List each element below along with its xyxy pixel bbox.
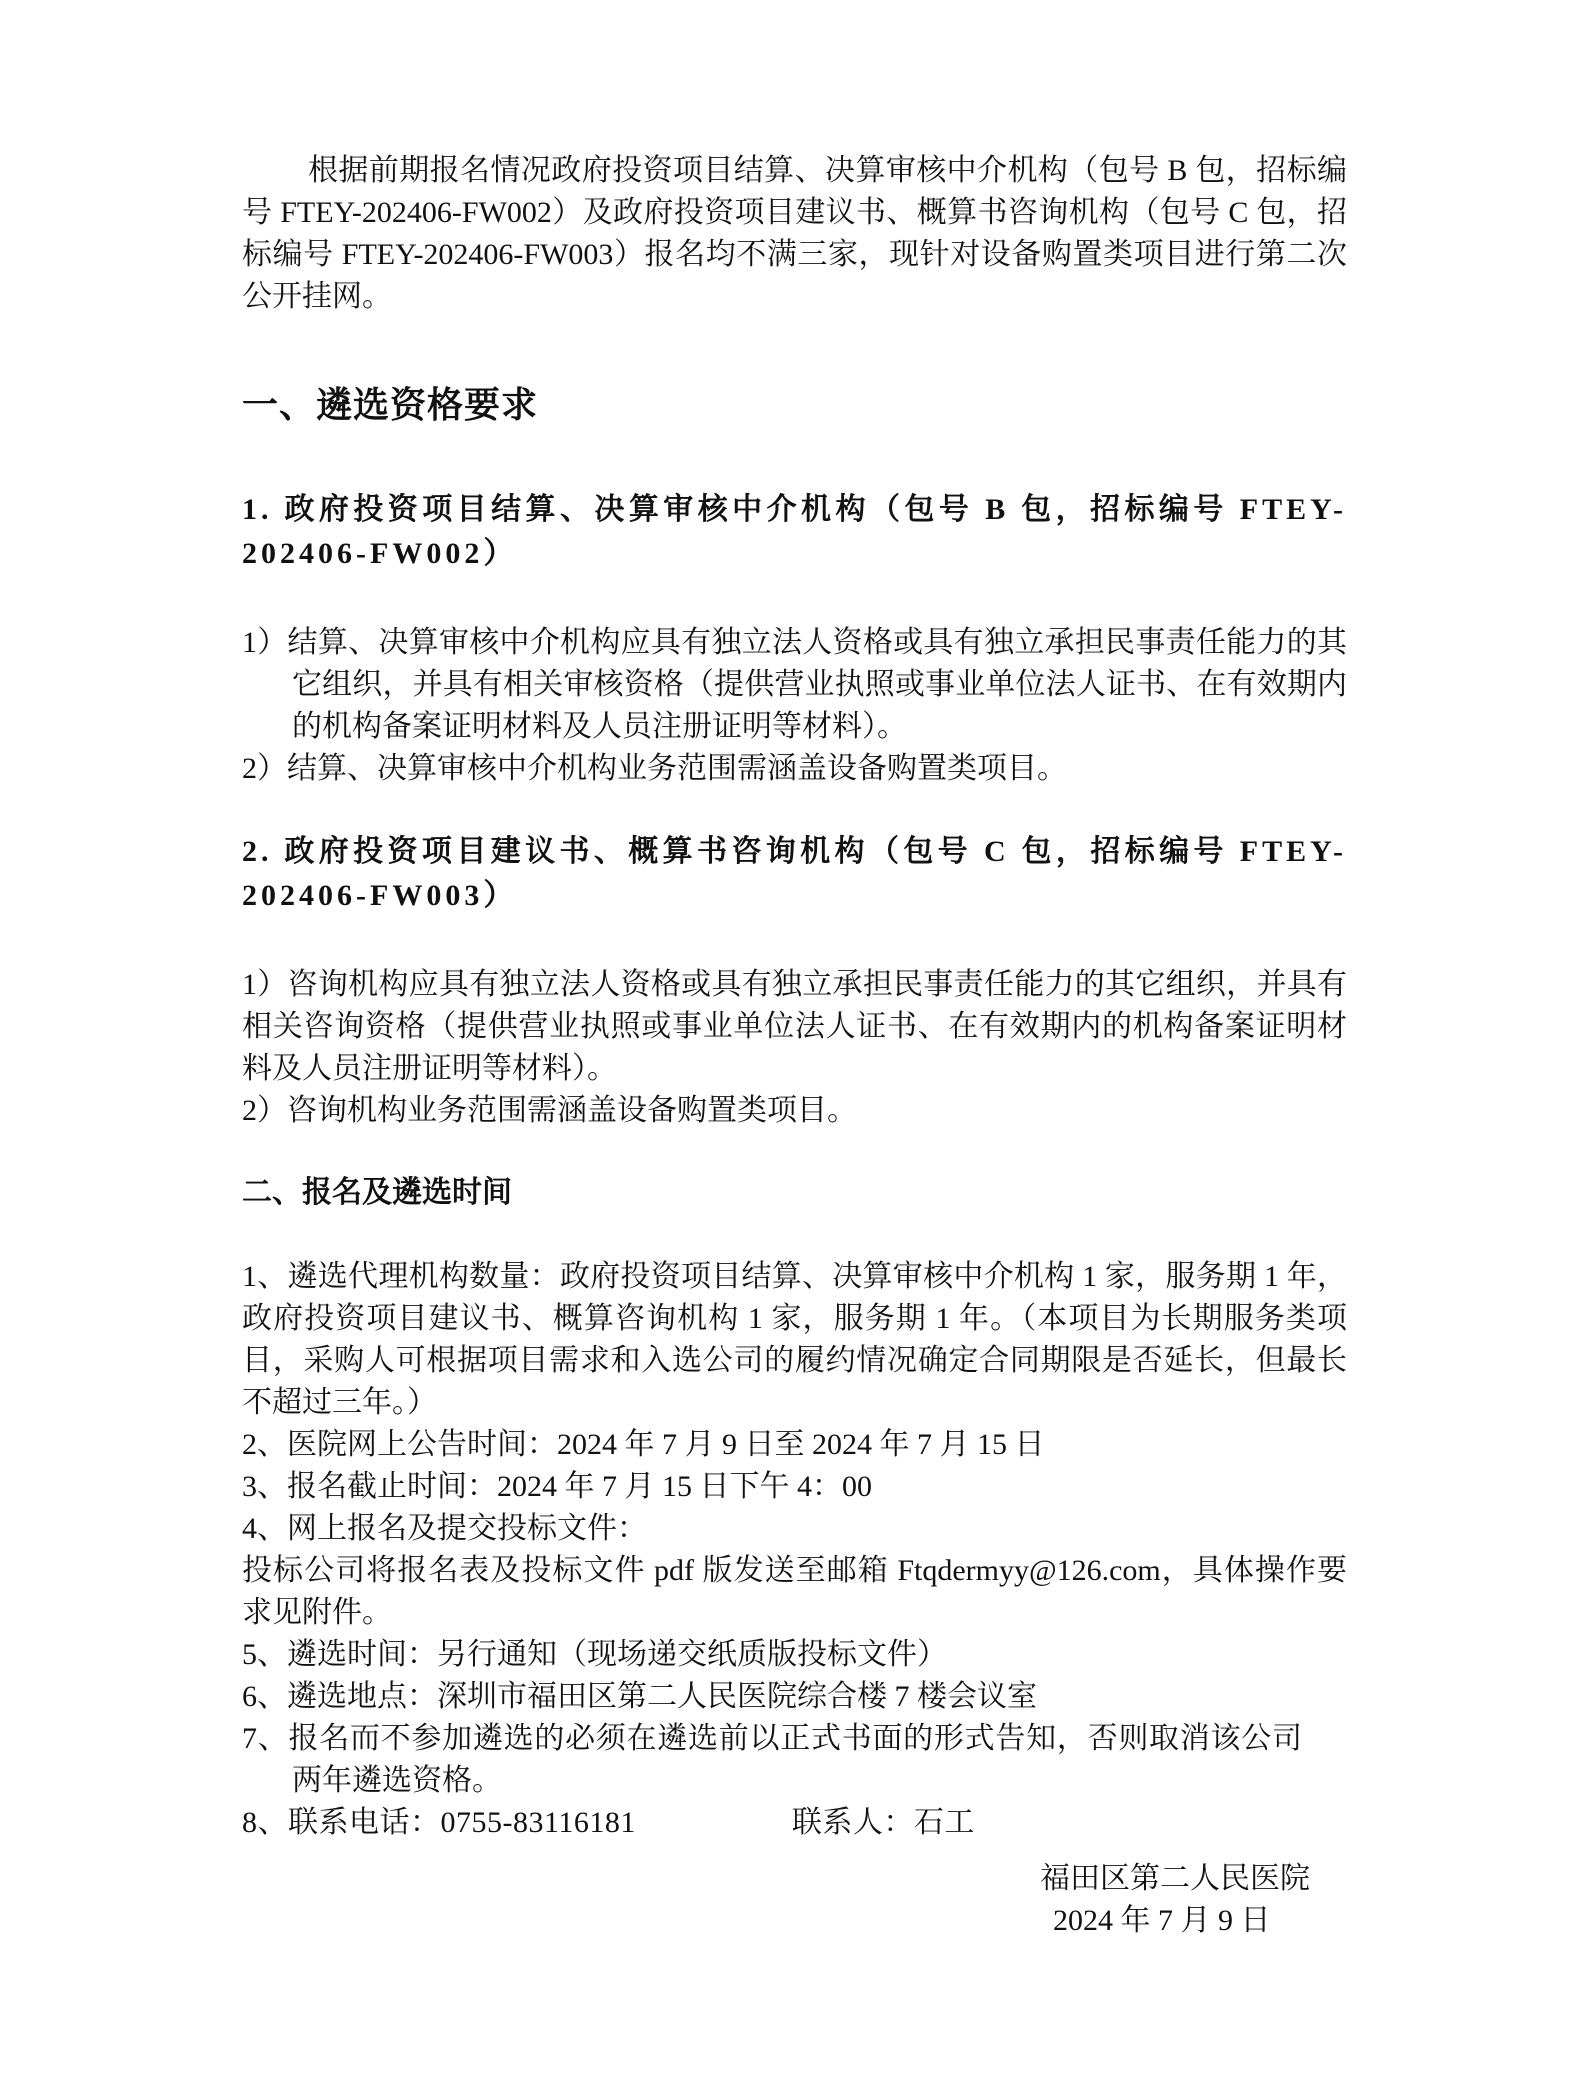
list-item: 2、医院网上公告时间：2024 年 7 月 9 日至 2024 年 7 月 15… [242, 1424, 1347, 1466]
list-item: 4、网上报名及提交投标文件： [242, 1508, 1347, 1550]
subsection-2-list: 1）咨询机构应具有独立法人资格或具有独立承担民事责任能力的其它组织，并具有相关咨… [242, 964, 1347, 1132]
list-item: 1）咨询机构应具有独立法人资格或具有独立承担民事责任能力的其它组织，并具有相关咨… [242, 964, 1347, 1090]
list-item: 投标公司将报名表及投标文件 pdf 版发送至邮箱 Ftqdermyy@126.c… [242, 1550, 1347, 1634]
list-item: 1）结算、决算审核中介机构应具有独立法人资格或具有独立承担民事责任能力的其它组织… [242, 622, 1347, 748]
section-2-list: 1、遴选代理机构数量：政府投资项目结算、决算审核中介机构 1 家，服务期 1 年… [242, 1256, 1347, 1844]
section-2-title: 二、报名及遴选时间 [242, 1172, 1347, 1214]
section-1-title: 一、遴选资格要求 [242, 380, 1347, 430]
subsection-1-list: 1）结算、决算审核中介机构应具有独立法人资格或具有独立承担民事责任能力的其它组织… [242, 622, 1347, 790]
list-item: 5、遴选时间：另行通知（现场递交纸质版投标文件） [242, 1634, 1347, 1676]
list-item: 1、遴选代理机构数量：政府投资项目结算、决算审核中介机构 1 家，服务期 1 年… [242, 1256, 1347, 1424]
intro-paragraph: 根据前期报名情况政府投资项目结算、决算审核中介机构（包号 B 包，招标编号 FT… [242, 150, 1347, 318]
list-item: 6、遴选地点：深圳市福田区第二人民医院综合楼 7 楼会议室 [242, 1676, 1347, 1718]
list-item: 3、报名截止时间：2024 年 7 月 15 日下午 4：00 [242, 1466, 1347, 1508]
contact-phone: 8、联系电话：0755-83116181 [242, 1806, 636, 1839]
list-item: 2）结算、决算审核中介机构业务范围需涵盖设备购置类项目。 [242, 748, 1347, 790]
signature-date: 2024 年 7 月 9 日 [1053, 1900, 1271, 1942]
signature-org: 福田区第二人民医院 [1040, 1858, 1310, 1900]
contact-person: 联系人：石工 [792, 1806, 975, 1839]
subsection-2-title: 2. 政府投资项目建议书、概算书咨询机构（包号 C 包，招标编号 FTEY-20… [242, 830, 1347, 918]
document-page: 根据前期报名情况政府投资项目结算、决算审核中介机构（包号 B 包，招标编号 FT… [242, 150, 1347, 1844]
contact-row: 8、联系电话：0755-83116181 联系人：石工 [242, 1802, 1347, 1844]
list-item: 2）咨询机构业务范围需涵盖设备购置类项目。 [242, 1090, 1347, 1132]
list-item: 7、报名而不参加遴选的必须在遴选前以正式书面的形式告知，否则取消该公司两年遴选资… [242, 1718, 1302, 1802]
subsection-1-title: 1. 政府投资项目结算、决算审核中介机构（包号 B 包，招标编号 FTEY-20… [242, 488, 1347, 576]
